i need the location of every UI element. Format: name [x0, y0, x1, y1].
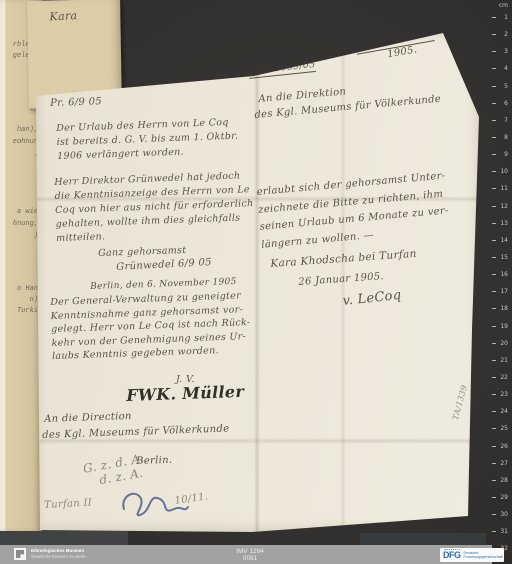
shelfmark: IMV 1264: [205, 548, 295, 555]
scan-cradle-shape: [360, 533, 486, 545]
ruler-tick-label: 30: [492, 511, 511, 528]
ruler-tick-label: 31: [492, 528, 511, 545]
ruler-tick-label: 13: [492, 220, 511, 237]
letter-paper: Pr. 6/9 05 Der Urlaub des Herrn von Le C…: [34, 30, 480, 532]
museum-credit: Ethnologisches Museum Staatliche Museen …: [31, 548, 87, 560]
ruler-tick-label: 6: [492, 100, 511, 117]
dfg-logo: DFG Deutsche Forschungsgemeinschaft: [440, 548, 504, 562]
ruler-tick-label: 20: [492, 340, 511, 357]
ruler: cm 1234567891011121314151617181920212223…: [492, 2, 511, 563]
museum-subtitle: Staatliche Museen zu Berlin: [31, 554, 87, 560]
dfg-acronym: DFG: [443, 550, 461, 560]
typed-fragment: hnung,: [13, 220, 38, 228]
ruler-tick-label: 27: [492, 460, 511, 477]
ruler-tick-label: 25: [492, 425, 511, 442]
ruler-tick-label: 14: [492, 237, 511, 254]
ruler-tick-label: 26: [492, 443, 511, 460]
typed-fragment: a wie: [17, 208, 38, 216]
ruler-tick-label: 7: [492, 117, 511, 134]
memo-closing: Ganz gehorsamst: [98, 245, 187, 259]
ruler-tick-label: 3: [492, 48, 511, 65]
memo-paragraph-3: Der General-Verwaltung zu geneigterKennt…: [50, 289, 252, 363]
signature-lecoq: v. LeCoq: [342, 288, 402, 309]
request-body: erlaubt sich der gehorsamst Unter-zeichn…: [256, 167, 451, 253]
ruler-tick-label: 9: [492, 151, 511, 168]
ruler-unit-label: cm: [492, 2, 511, 14]
ruler-tick-label: 1: [492, 14, 511, 31]
underlay-handwritten-note: Kara: [49, 9, 77, 23]
pencil-disposition-note: G. z. d. A. d. z. A.: [82, 451, 148, 489]
typed-fragment: o Han: [17, 285, 38, 293]
ruler-tick-label: 21: [492, 357, 511, 374]
museum-logo-icon: [16, 550, 24, 558]
ruler-tick-label: 29: [492, 494, 511, 511]
ruler-tick-label: 16: [492, 271, 511, 288]
ruler-tick-label: 4: [492, 65, 511, 82]
typed-fragment: eohnun: [13, 138, 38, 146]
museum-logo: [14, 548, 26, 560]
signature-gruenwedel: Grünwedel 6/9 05: [116, 257, 212, 273]
ruler-tick-label: 17: [492, 288, 511, 305]
ruler-tick-label: 2: [492, 31, 511, 48]
typed-fragment: Turki: [17, 307, 38, 315]
ruler-tick-label: 28: [492, 477, 511, 494]
ruler-tick-label: 10: [492, 168, 511, 185]
scan-identifiers: IMV 1264 0081: [205, 548, 295, 562]
ruler-tick-label: 22: [492, 374, 511, 391]
ruler-tick-label: 8: [492, 134, 511, 151]
ruler-tick-label: 24: [492, 408, 511, 425]
ruler-tick-label: 18: [492, 305, 511, 322]
image-number: 0081: [205, 555, 295, 562]
ruler-tick-label: 15: [492, 254, 511, 271]
fold-crease: [254, 30, 260, 532]
dfg-name: Deutsche Forschungsgemeinschaft: [464, 551, 503, 559]
praesentatum-note: Pr. 6/9 05: [50, 96, 102, 109]
ruler-tick-label: 5: [492, 83, 511, 100]
footer-bar: Ethnologisches Museum Staatliche Museen …: [0, 545, 492, 564]
typed-fragment: n): [30, 296, 38, 304]
memo-address-line: An die Direction: [44, 411, 132, 425]
memo-paragraph-1: Der Urlaub des Herrn von Le Coqist berei…: [56, 116, 239, 164]
ruler-tick-label: 23: [492, 391, 511, 408]
memo-paragraph-2: Herr Direktor Grünwedel hat jedochdie Ke…: [54, 169, 255, 246]
pencil-turfan-note: Turfan II: [44, 497, 92, 510]
typed-fragment: han),: [17, 126, 38, 134]
ruler-tick-label: 19: [492, 323, 511, 340]
ruler-tick-label: 11: [492, 185, 511, 202]
edge-shelfmark-note: TA/1339: [451, 384, 469, 421]
ruler-scale: 1234567891011121314151617181920212223242…: [492, 14, 511, 563]
signature-mueller: FWK. Müller: [126, 382, 244, 405]
ruler-tick-label: 12: [492, 203, 511, 220]
